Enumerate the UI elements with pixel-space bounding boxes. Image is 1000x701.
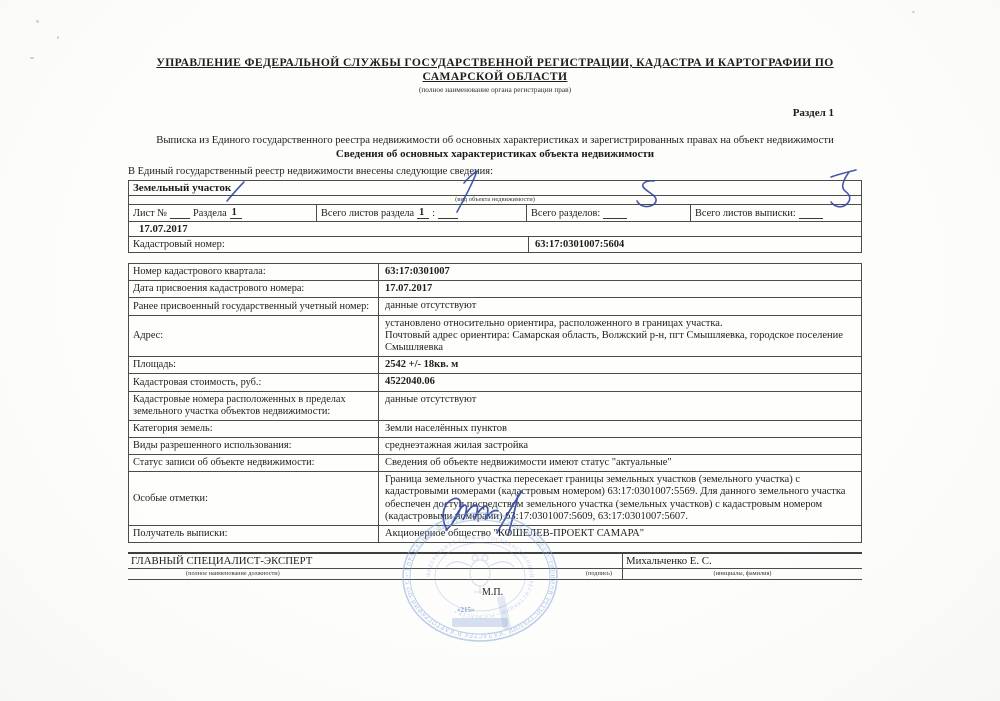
row-label: Номер кадастрового квартала:	[129, 264, 379, 280]
row-label: Адрес:	[129, 316, 379, 357]
row-label: Ранее присвоенный государственный учетны…	[129, 298, 379, 314]
total-sections-blank	[603, 208, 627, 219]
section-label: Раздел 1	[128, 107, 862, 119]
total-sheets-value: 1	[417, 207, 429, 219]
name-hint: (инициалы, фамилия)	[713, 570, 771, 577]
document-page: УПРАВЛЕНИЕ ФЕДЕРАЛЬНОЙ СЛУЖБЫ ГОСУДАРСТВ…	[0, 0, 1000, 701]
table-row: Площадь: 2542 +/- 18кв. м	[129, 357, 861, 374]
org-title: УПРАВЛЕНИЕ ФЕДЕРАЛЬНОЙ СЛУЖБЫ ГОСУДАРСТВ…	[128, 56, 862, 84]
row-value: 17.07.2017	[379, 281, 861, 297]
table-row: Ранее присвоенный государственный учетны…	[129, 298, 861, 315]
table-row: Дата присвоения кадастрового номера: 17.…	[129, 281, 861, 298]
total-extract-label: Всего листов выписки:	[695, 208, 796, 219]
stamp-smudge	[497, 596, 512, 631]
cadastral-label: Кадастровый номер:	[129, 237, 529, 252]
table-row: Категория земель: Земли населённых пункт…	[129, 421, 861, 438]
table-row: Кадастровая стоимость, руб.: 4522040.06	[129, 374, 861, 391]
row-label: Кадастровые номера расположенных в преде…	[129, 392, 379, 420]
row-value: данные отсутствуют	[379, 392, 861, 420]
row-value: среднеэтажная жилая застройка	[379, 438, 861, 454]
sheet-label: Лист №	[133, 208, 167, 219]
row-label: Дата присвоения кадастрового номера:	[129, 281, 379, 297]
row-label: Особые отметки:	[129, 472, 379, 525]
row-value: Граница земельного участка пересекает гр…	[379, 472, 861, 525]
stamp-number: «215»	[457, 606, 475, 614]
doc-title: Выписка из Единого государственного реес…	[128, 134, 862, 146]
table-row: Кадастровые номера расположенных в преде…	[129, 392, 861, 421]
object-type-hint: (вид объекта недвижимости)	[129, 196, 861, 205]
table-row: Номер кадастрового квартала: 63:17:03010…	[129, 264, 861, 281]
table-row: Статус записи об объекте недвижимости: С…	[129, 455, 861, 472]
table-row: Виды разрешенного использования: среднеэ…	[129, 438, 861, 455]
position-column: ГЛАВНЫЙ СПЕЦИАЛИСТ-ЭКСПЕРТ (полное наиме…	[128, 554, 623, 579]
row-label: Категория земель:	[129, 421, 379, 437]
scan-speck	[57, 36, 59, 39]
row-value: 63:17:0301007	[379, 264, 861, 280]
cadastral-value: 63:17:0301007:5604	[529, 237, 861, 252]
name-column: Михальченко Е. С. (инициалы, фамилия)	[623, 554, 862, 579]
org-subtitle: (полное наименование органа регистрации …	[128, 85, 862, 94]
row-value: Земли населённых пунктов	[379, 421, 861, 437]
row-value: Акционерное общество "КОШЕЛЕВ-ПРОЕКТ САМ…	[379, 526, 861, 542]
scan-speck	[30, 57, 34, 59]
doc-subtitle: Сведения об основных характеристиках объ…	[128, 148, 862, 160]
row-value: данные отсутствуют	[379, 298, 861, 314]
row-value: 2542 +/- 18кв. м	[379, 357, 861, 373]
scan-speck	[36, 20, 39, 23]
position-title: ГЛАВНЫЙ СПЕЦИАЛИСТ-ЭКСПЕРТ	[128, 554, 622, 569]
row-label: Получатель выписки:	[129, 526, 379, 542]
total-extract-blank	[799, 208, 823, 219]
date-row: 17.07.2017	[129, 222, 861, 237]
position-hint: (полное наименование должности)	[186, 570, 280, 577]
cell-total-extract-sheets: Всего листов выписки:	[691, 205, 861, 221]
object-type: Земельный участок	[129, 181, 861, 196]
total-sheets-blank	[438, 208, 458, 219]
object-table: Земельный участок (вид объекта недвижимо…	[128, 180, 862, 253]
stamp-place-label: М.П.	[482, 587, 503, 598]
name-hints: (инициалы, фамилия)	[623, 569, 862, 579]
scan-speck	[912, 11, 915, 13]
total-sheets-separator: :	[432, 208, 435, 219]
section-word: Раздела	[193, 208, 227, 219]
signature-block: ГЛАВНЫЙ СПЕЦИАЛИСТ-ЭКСПЕРТ (полное наиме…	[128, 552, 862, 580]
meta-row: Лист № Раздела 1 Всего листов раздела 1 …	[129, 205, 861, 222]
stamp-smudge	[452, 618, 508, 627]
table-row: Особые отметки: Граница земельного участ…	[129, 472, 861, 526]
row-label: Виды разрешенного использования:	[129, 438, 379, 454]
total-sections-label: Всего разделов:	[531, 208, 600, 219]
section-value: 1	[230, 207, 242, 219]
cell-total-sheets: Всего листов раздела 1 :	[317, 205, 527, 221]
signer-name: Михальченко Е. С.	[623, 554, 862, 569]
table-row: Получатель выписки: Акционерное общество…	[129, 526, 861, 542]
cell-total-sections: Всего разделов:	[527, 205, 691, 221]
cadastral-row: Кадастровый номер: 63:17:0301007:5604	[129, 237, 861, 252]
table-row: Адрес: установлено относительно ориентир…	[129, 316, 861, 358]
row-label: Статус записи об объекте недвижимости:	[129, 455, 379, 471]
row-value: Сведения об объекте недвижимости имеют с…	[379, 455, 861, 471]
total-sheets-label: Всего листов раздела	[321, 208, 414, 219]
row-label: Кадастровая стоимость, руб.:	[129, 374, 379, 390]
sheet-number-blank	[170, 208, 190, 219]
details-table: Номер кадастрового квартала: 63:17:03010…	[128, 263, 862, 543]
intro-line: В Единый государственный реестр недвижим…	[128, 166, 862, 177]
row-label: Площадь:	[129, 357, 379, 373]
signature-hint: (подпись)	[586, 570, 612, 577]
row-value: установлено относительно ориентира, расп…	[379, 316, 861, 357]
cell-sheet-number: Лист № Раздела 1	[129, 205, 317, 221]
position-hints: (полное наименование должности) (подпись…	[128, 569, 622, 579]
row-value: 4522040.06	[379, 374, 861, 390]
